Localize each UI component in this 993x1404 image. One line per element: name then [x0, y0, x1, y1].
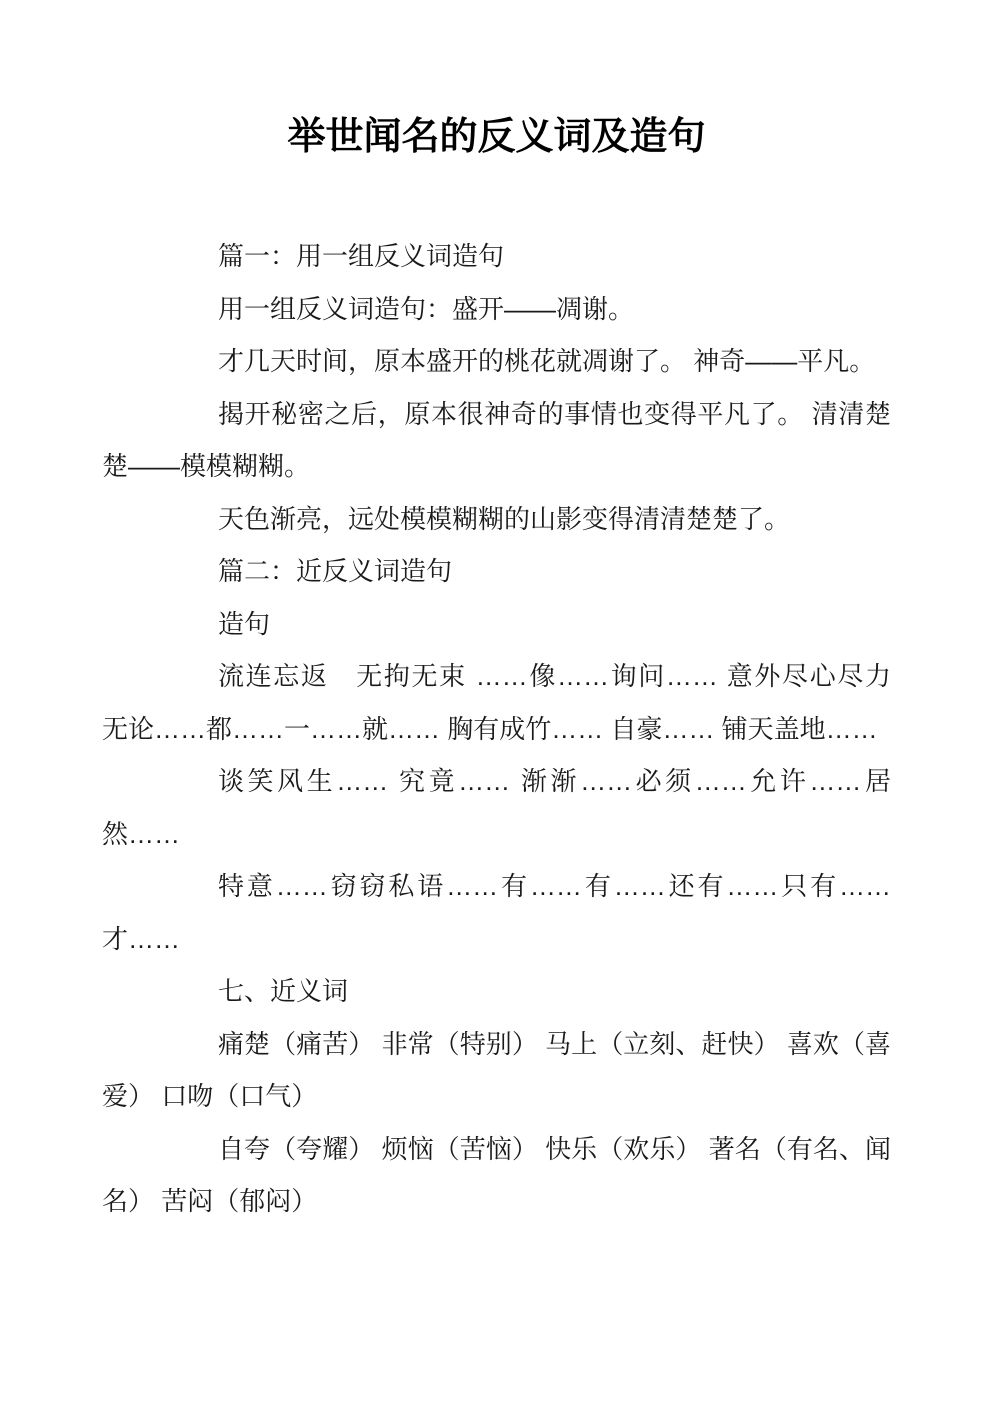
paragraph: 谈笑风生…… 究竟…… 渐渐……必须……允许……居然…… [102, 755, 891, 860]
document-page: 举世闻名的反义词及造句 篇一：用一组反义词造句用一组反义词造句：盛开——凋谢。才… [0, 0, 993, 1404]
paragraph: 才几天时间，原本盛开的桃花就凋谢了。 神奇——平凡。 [102, 335, 891, 388]
paragraph: 特意……窃窃私语……有……有……还有……只有……才…… [102, 860, 891, 965]
paragraph: 揭开秘密之后，原本很神奇的事情也变得平凡了。 清清楚楚——模模糊糊。 [102, 388, 891, 493]
paragraph: 痛楚（痛苦） 非常（特别） 马上（立刻、赶快） 喜欢（喜爱） 口吻（口气） [102, 1018, 891, 1123]
page-title: 举世闻名的反义词及造句 [102, 0, 891, 162]
paragraph: 用一组反义词造句：盛开——凋谢。 [102, 283, 891, 336]
paragraph: 七、近义词 [102, 965, 891, 1018]
paragraph: 篇一：用一组反义词造句 [102, 230, 891, 283]
paragraph: 流连忘返 无拘无束 ……像……询问…… 意外尽心尽力 无论……都……一……就……… [102, 650, 891, 755]
paragraph: 天色渐亮，远处模模糊糊的山影变得清清楚楚了。 [102, 493, 891, 546]
paragraph: 篇二：近反义词造句 [102, 545, 891, 598]
document-content: 篇一：用一组反义词造句用一组反义词造句：盛开——凋谢。才几天时间，原本盛开的桃花… [102, 230, 891, 1228]
paragraph: 造句 [102, 598, 891, 651]
paragraph: 自夸（夸耀） 烦恼（苦恼） 快乐（欢乐） 著名（有名、闻名） 苦闷（郁闷） [102, 1123, 891, 1228]
